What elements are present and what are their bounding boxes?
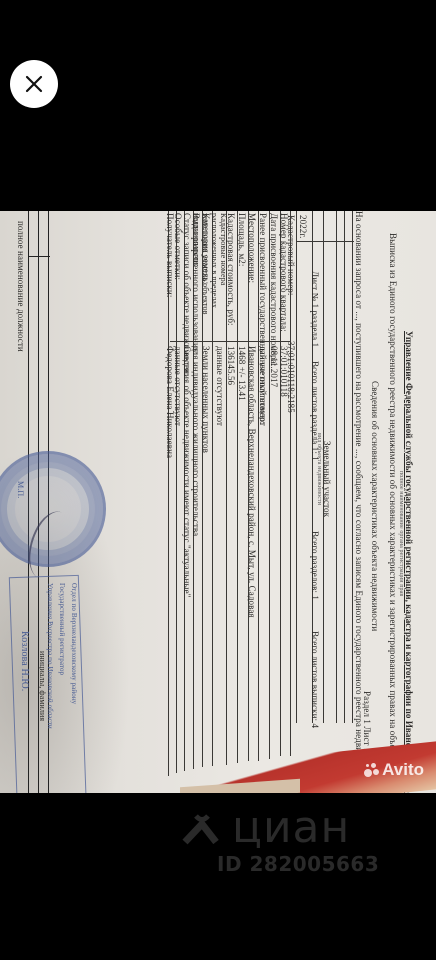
row-label: Местоположение:: [247, 213, 257, 283]
table-border: [237, 211, 238, 763]
table-border: [296, 241, 354, 242]
cian-listing-id: ID 282005663: [217, 852, 379, 876]
row-value: для индивидуального жилищного строительс…: [191, 346, 201, 536]
image-viewer: Управление Федеральной службы государств…: [0, 0, 436, 960]
row-value: 37:01:010118: [279, 346, 289, 397]
header-org: Управление Федеральной службы государств…: [404, 331, 414, 793]
row-label: Дата присвоения кадастрового номера:: [269, 213, 279, 366]
title-line-1: Выписка из Единого государственного реес…: [388, 233, 398, 793]
close-icon: [25, 75, 43, 93]
signature-line: [28, 256, 50, 257]
table-border: [344, 211, 345, 723]
total-sections: Всего разделов: 1: [310, 531, 320, 600]
row-value: 1468 +/- 13.41: [237, 346, 247, 401]
cian-watermark: циан ID 282005663: [182, 808, 379, 876]
section-page: Раздел 1 Лист 1: [362, 691, 372, 753]
row-value: Сведения об объекте недвижимости имеют с…: [182, 346, 192, 598]
avito-logo-icon: [364, 763, 380, 777]
row-value: 08.11.2017: [269, 346, 279, 387]
document-photo[interactable]: Управление Федеральной службы государств…: [0, 211, 436, 793]
registrar-name: Козлова Н.Ю.: [19, 631, 30, 691]
row-label: Площадь, м2:: [237, 213, 247, 267]
avito-watermark: Avito: [364, 760, 424, 780]
registrar-line-1: Отдел по Верхнеландеховскому району: [70, 583, 78, 704]
footer-position-caption: полное наименование должности: [16, 221, 26, 352]
row-value: данные отсутствуют: [258, 346, 268, 426]
row-label: Виды разрешенного использования:: [191, 213, 201, 355]
cian-logo-icon: [182, 814, 222, 848]
row-label: Категория земель:: [201, 213, 211, 284]
table-border: [290, 211, 291, 756]
total-sheets-extract: Всего листов выписки: 4: [310, 631, 320, 728]
object-type: Земельный участок: [322, 441, 332, 517]
total-sheets-section: Всего листов раздела 1: 1: [310, 361, 320, 461]
registrar-line-3: Управления Росреестра по Ивановской обла…: [46, 583, 54, 729]
row-value: 136145.56: [226, 346, 236, 385]
table-border: [296, 211, 297, 723]
title-line-2: Сведения об основных характеристиках объ…: [370, 381, 380, 631]
row-value: данные отсутствуют: [215, 346, 225, 426]
stamp-mp: М.П.: [16, 481, 25, 498]
registrar-line-2: Государственный регистратор: [58, 583, 66, 675]
avito-watermark-text: Avito: [382, 760, 424, 780]
table-border: [352, 211, 353, 723]
cian-brand: циан: [232, 808, 350, 848]
row-label: Получатель выписки:: [165, 213, 175, 297]
header-org-caption: полное наименование органа регистрации п…: [398, 471, 404, 596]
sheet-label: Лист № 1 раздела 1: [310, 271, 320, 347]
row-value: Земли населенных пунктов: [201, 346, 211, 453]
table-border: [336, 211, 337, 723]
egrn-extract-page: Управление Федеральной службы государств…: [0, 211, 436, 793]
row-value: Ивановская область, Верхнеландеховский р…: [247, 346, 257, 618]
row-value: Федорова Елена Николаевна: [165, 346, 175, 458]
row-label: Номер кадастрового квартала:: [279, 213, 289, 332]
table-border: [176, 211, 177, 773]
date-value: 2022г.: [298, 215, 308, 239]
close-button[interactable]: [10, 60, 58, 108]
